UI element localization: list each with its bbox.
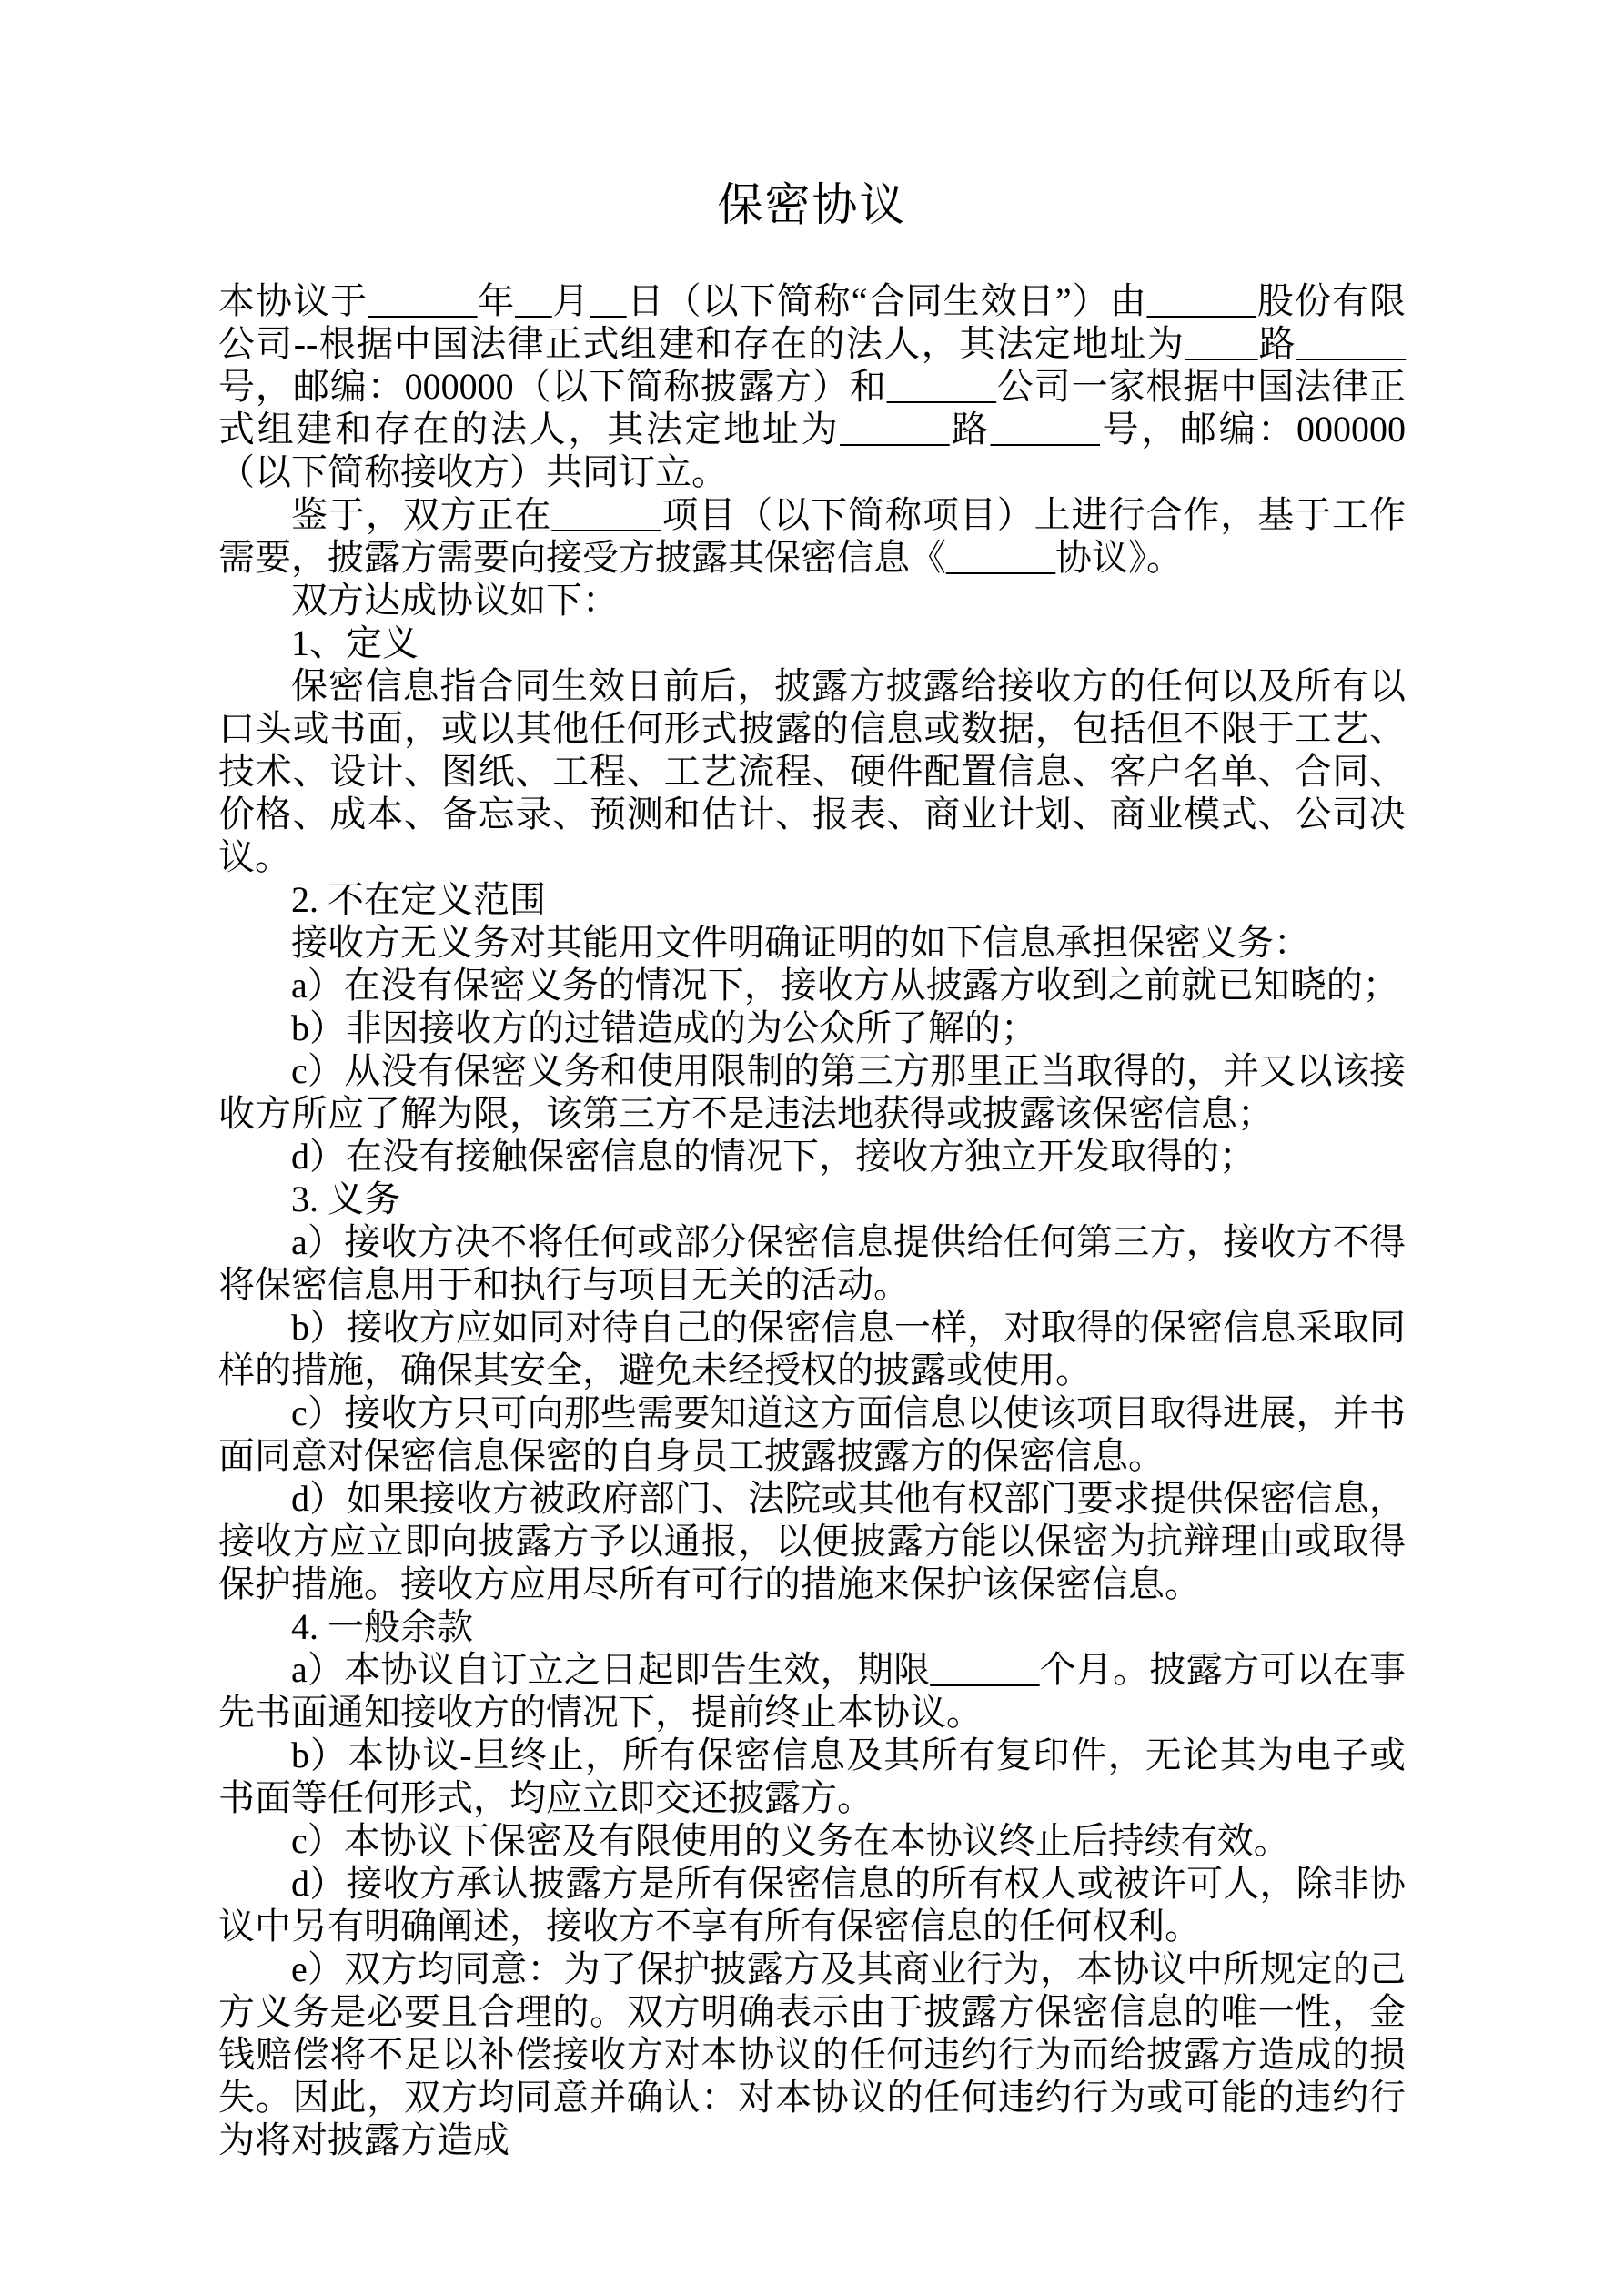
paragraph: c）从没有保密义务和使用限制的第三方那里正当取得的，并又以该接收方所应了解为限，… — [218, 1049, 1406, 1135]
paragraph: d）在没有接触保密信息的情况下，接收方独立开发取得的； — [218, 1135, 1406, 1178]
paragraph: 保密信息指合同生效日前后，披露方披露给接收方的任何以及所有以口头或书面，或以其他… — [218, 664, 1406, 878]
paragraph: b）非因接收方的过错造成的为公众所了解的； — [218, 1006, 1406, 1049]
paragraph: 2. 不在定义范围 — [218, 878, 1406, 921]
document-title: 保密协议 — [218, 177, 1406, 232]
paragraph: 双方达成协议如下： — [218, 579, 1406, 622]
paragraph: b）本协议-旦终止，所有保密信息及其所有复印件，无论其为电子或书面等任何形式，均… — [218, 1734, 1406, 1819]
paragraph: 本协议于______年__月__日（以下简称“合同生效日”）由______股份有… — [218, 279, 1406, 493]
paragraph: d）如果接收方被政府部门、法院或其他有权部门要求提供保密信息，接收方应立即向披露… — [218, 1477, 1406, 1605]
paragraph: d）接收方承认披露方是所有保密信息的所有权人或被许可人，除非协议中另有明确阐述，… — [218, 1862, 1406, 1947]
paragraph: 接收方无义务对其能用文件明确证明的如下信息承担保密义务： — [218, 921, 1406, 964]
paragraph: b）接收方应如同对待自己的保密信息一样，对取得的保密信息采取同样的措施，确保其安… — [218, 1306, 1406, 1391]
paragraph: c）本协议下保密及有限使用的义务在本协议终止后持续有效。 — [218, 1819, 1406, 1862]
paragraph: 4. 一般余款 — [218, 1605, 1406, 1648]
paragraph: 3. 义务 — [218, 1178, 1406, 1220]
paragraph: a）在没有保密义务的情况下，接收方从披露方收到之前就已知晓的； — [218, 964, 1406, 1006]
paragraph: 鉴于，双方正在______项目（以下简称项目）上进行合作，基于工作需要，披露方需… — [218, 493, 1406, 579]
document-page: 保密协议 本协议于______年__月__日（以下简称“合同生效日”）由____… — [0, 0, 1624, 2296]
paragraph: a）接收方决不将任何或部分保密信息提供给任何第三方，接收方不得将保密信息用于和执… — [218, 1220, 1406, 1306]
document-body: 本协议于______年__月__日（以下简称“合同生效日”）由______股份有… — [218, 279, 1406, 2161]
paragraph: c）接收方只可向那些需要知道这方面信息以使该项目取得进展，并书面同意对保密信息保… — [218, 1391, 1406, 1477]
paragraph: 1、定义 — [218, 622, 1406, 664]
paragraph: a）本协议自订立之日起即告生效，期限______个月。披露方可以在事先书面通知接… — [218, 1648, 1406, 1734]
paragraph: e）双方均同意：为了保护披露方及其商业行为，本协议中所规定的己方义务是必要且合理… — [218, 1947, 1406, 2161]
